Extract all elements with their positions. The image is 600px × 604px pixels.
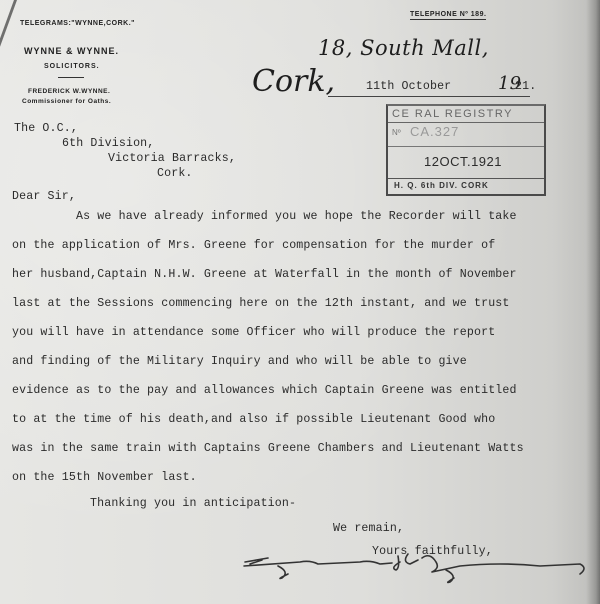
stamp-footer: H. Q. 6th DIV. CORK — [394, 181, 489, 190]
letterhead-firm-type: SOLICITORS. — [44, 63, 100, 70]
sender-street-address: 18, South Mall, — [318, 36, 489, 60]
letterhead-principal: FREDERICK W.WYNNE. — [28, 88, 110, 95]
body-line: to at the time of his death,and also if … — [12, 413, 495, 426]
body-line: on the 15th November last. — [12, 471, 197, 484]
stamp-received-date: 12OCT.1921 — [424, 154, 502, 169]
recipient-line-3: Victoria Barracks, — [108, 152, 236, 165]
body-line: last at the Sessions commencing here on … — [12, 297, 510, 310]
body-line: her husband,Captain N.H.W. Greene at Wat… — [12, 268, 517, 281]
letter-year-suffix: 21. — [515, 80, 536, 93]
letterhead-principal-title: Commissioner for Oaths. — [22, 98, 111, 105]
stamp-divider — [388, 146, 544, 147]
letterhead-telegrams: TELEGRAMS:"WYNNE,CORK." — [20, 20, 135, 27]
letter-date: 11th October — [366, 80, 451, 93]
body-line: you will have in attendance some Officer… — [12, 326, 495, 339]
letterhead-telephone: TELEPHONE Nº 189. — [410, 11, 486, 20]
stamp-number-value: CA.327 — [410, 124, 459, 139]
body-line: on the application of Mrs. Greene for co… — [12, 239, 495, 252]
stamp-header: CE RAL REGISTRY — [392, 108, 513, 120]
closing-thanks: Thanking you in anticipation- — [90, 497, 296, 510]
registry-stamp: CE RAL REGISTRY Nº CA.327 12OCT.1921 H. … — [386, 104, 546, 196]
page-edge-shadow — [586, 0, 600, 604]
recipient-line-4: Cork. — [157, 167, 193, 180]
date-underline — [328, 96, 500, 97]
sender-city: Cork, — [252, 64, 335, 99]
closing-remain: We remain, — [333, 522, 404, 535]
body-line: evidence as to the pay and allowances wh… — [12, 384, 517, 397]
year-underline — [500, 96, 530, 97]
body-line: was in the same train with Captains Gree… — [12, 442, 524, 455]
stamp-number-label: Nº — [392, 128, 401, 137]
recipient-line-1: The O.C., — [14, 122, 78, 135]
salutation: Dear Sir, — [12, 190, 76, 203]
stamp-divider — [388, 122, 544, 123]
letterhead-divider — [58, 77, 84, 78]
stamp-divider — [388, 178, 544, 179]
recipient-line-2: 6th Division, — [62, 137, 154, 150]
body-line: As we have already informed you we hope … — [12, 210, 517, 223]
letterhead-firm-name: WYNNE & WYNNE. — [24, 46, 119, 56]
body-line: and finding of the Military Inquiry and … — [12, 355, 467, 368]
handwritten-signature: Wynne & Wynne — [240, 548, 592, 588]
